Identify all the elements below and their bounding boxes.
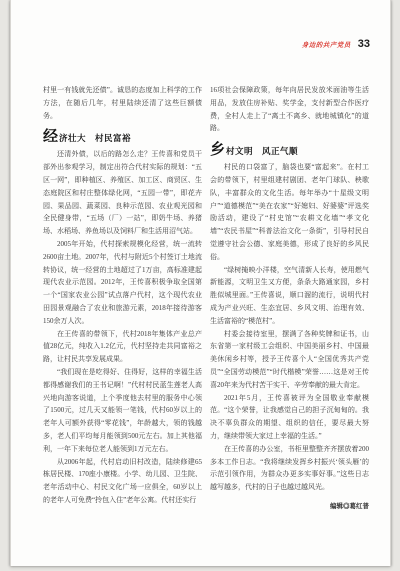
editor-credit: 编辑◎葛红普 [210,501,369,514]
page-header: 身边的共产党员 33 [302,38,370,50]
paragraph: “绿树掩映小洋楼，空气清新人长寿，使用燃气新能源，文明卫生又方便，条条大路通家园… [210,264,369,328]
section-title-part1: 济壮大 [59,134,86,143]
paragraph-continued: 村里一有钱就先还债”。诚恳的态度加上科学的工作方法，在随后几年，村里陆续还清了这… [43,84,202,122]
paragraph: 村委会接待室里，摆满了各种奖牌和证书，山东省第一家村级工会组织、中国美丽乡村、中… [210,328,369,392]
right-column: 16项社会保障政策，每年向居民发放米面油等生活用品，发放住房补贴、奖学金，支付新… [210,84,369,514]
paragraph: 从2006年起，代村启动旧村改造，陆续修建65栋居民楼、170座小康楼。小学、幼… [43,456,202,507]
article-body: 村里一有钱就先还债”。诚恳的态度加上科学的工作方法，在随后几年，村里陆续还清了这… [43,84,369,514]
section-heading-civility: 乡 村文明 风正气顺 [210,142,369,157]
page-sheet: 身边的共产党员 33 村里一有钱就先还债”。诚恳的态度加上科学的工作方法，在随后… [10,0,391,566]
page-number: 33 [358,38,370,50]
section-title-part2: 风正气顺 [262,147,298,156]
section-dropcap: 乡 [210,142,225,157]
section-title-part2: 村民富裕 [95,134,131,143]
magazine-page: 身边的共产党员 33 村里一有钱就先还债”。诚恳的态度加上科学的工作方法，在随后… [0,0,400,571]
section-dropcap: 经 [43,129,58,144]
paragraph: 还清外债，以后的路怎么走？王传喜和党员干部外出参观学习，制定出符合代村实际的规划… [43,148,202,238]
paragraph: 2005年开始，代村探索规模化经营，统一流转2600亩土地。2007年，代村与附… [43,238,202,328]
paragraph: 在王传喜的带领下，代村2018年集体产业总产值28亿元，纯收入1.2亿元，代村坚… [43,328,202,366]
paragraph: “我们现在是吃得好、住得好，这样的幸福生活都得感谢我们的王书记啊！”代村村民蓝生… [43,366,202,456]
paragraph-continued: 16项社会保障政策，每年向居民发放米面油等生活用品，发放住房补贴、奖学金，支付新… [210,84,369,135]
paragraph: 村民的口袋富了，脑袋也要“富起来”。在村工会的带领下，村里组建村剧团、老年门球队… [210,161,369,263]
paragraph: 在王传喜的办公室，书柜里整整齐齐摆放着200多本工作日志。“我将继续发挥乡村振兴… [210,443,369,494]
left-column: 村里一有钱就先还债”。诚恳的态度加上科学的工作方法，在随后几年，村里陆续还清了这… [43,84,202,514]
paragraph: 2021年5月，王传喜被评为全国敬业奉献模范。“这个荣誉，让我感觉自己的担子沉甸… [210,392,369,443]
section-heading-economy: 经 济壮大 村民富裕 [43,129,202,144]
section-title-part1: 村文明 [226,147,253,156]
running-head-label: 身边的共产党员 [302,40,351,49]
